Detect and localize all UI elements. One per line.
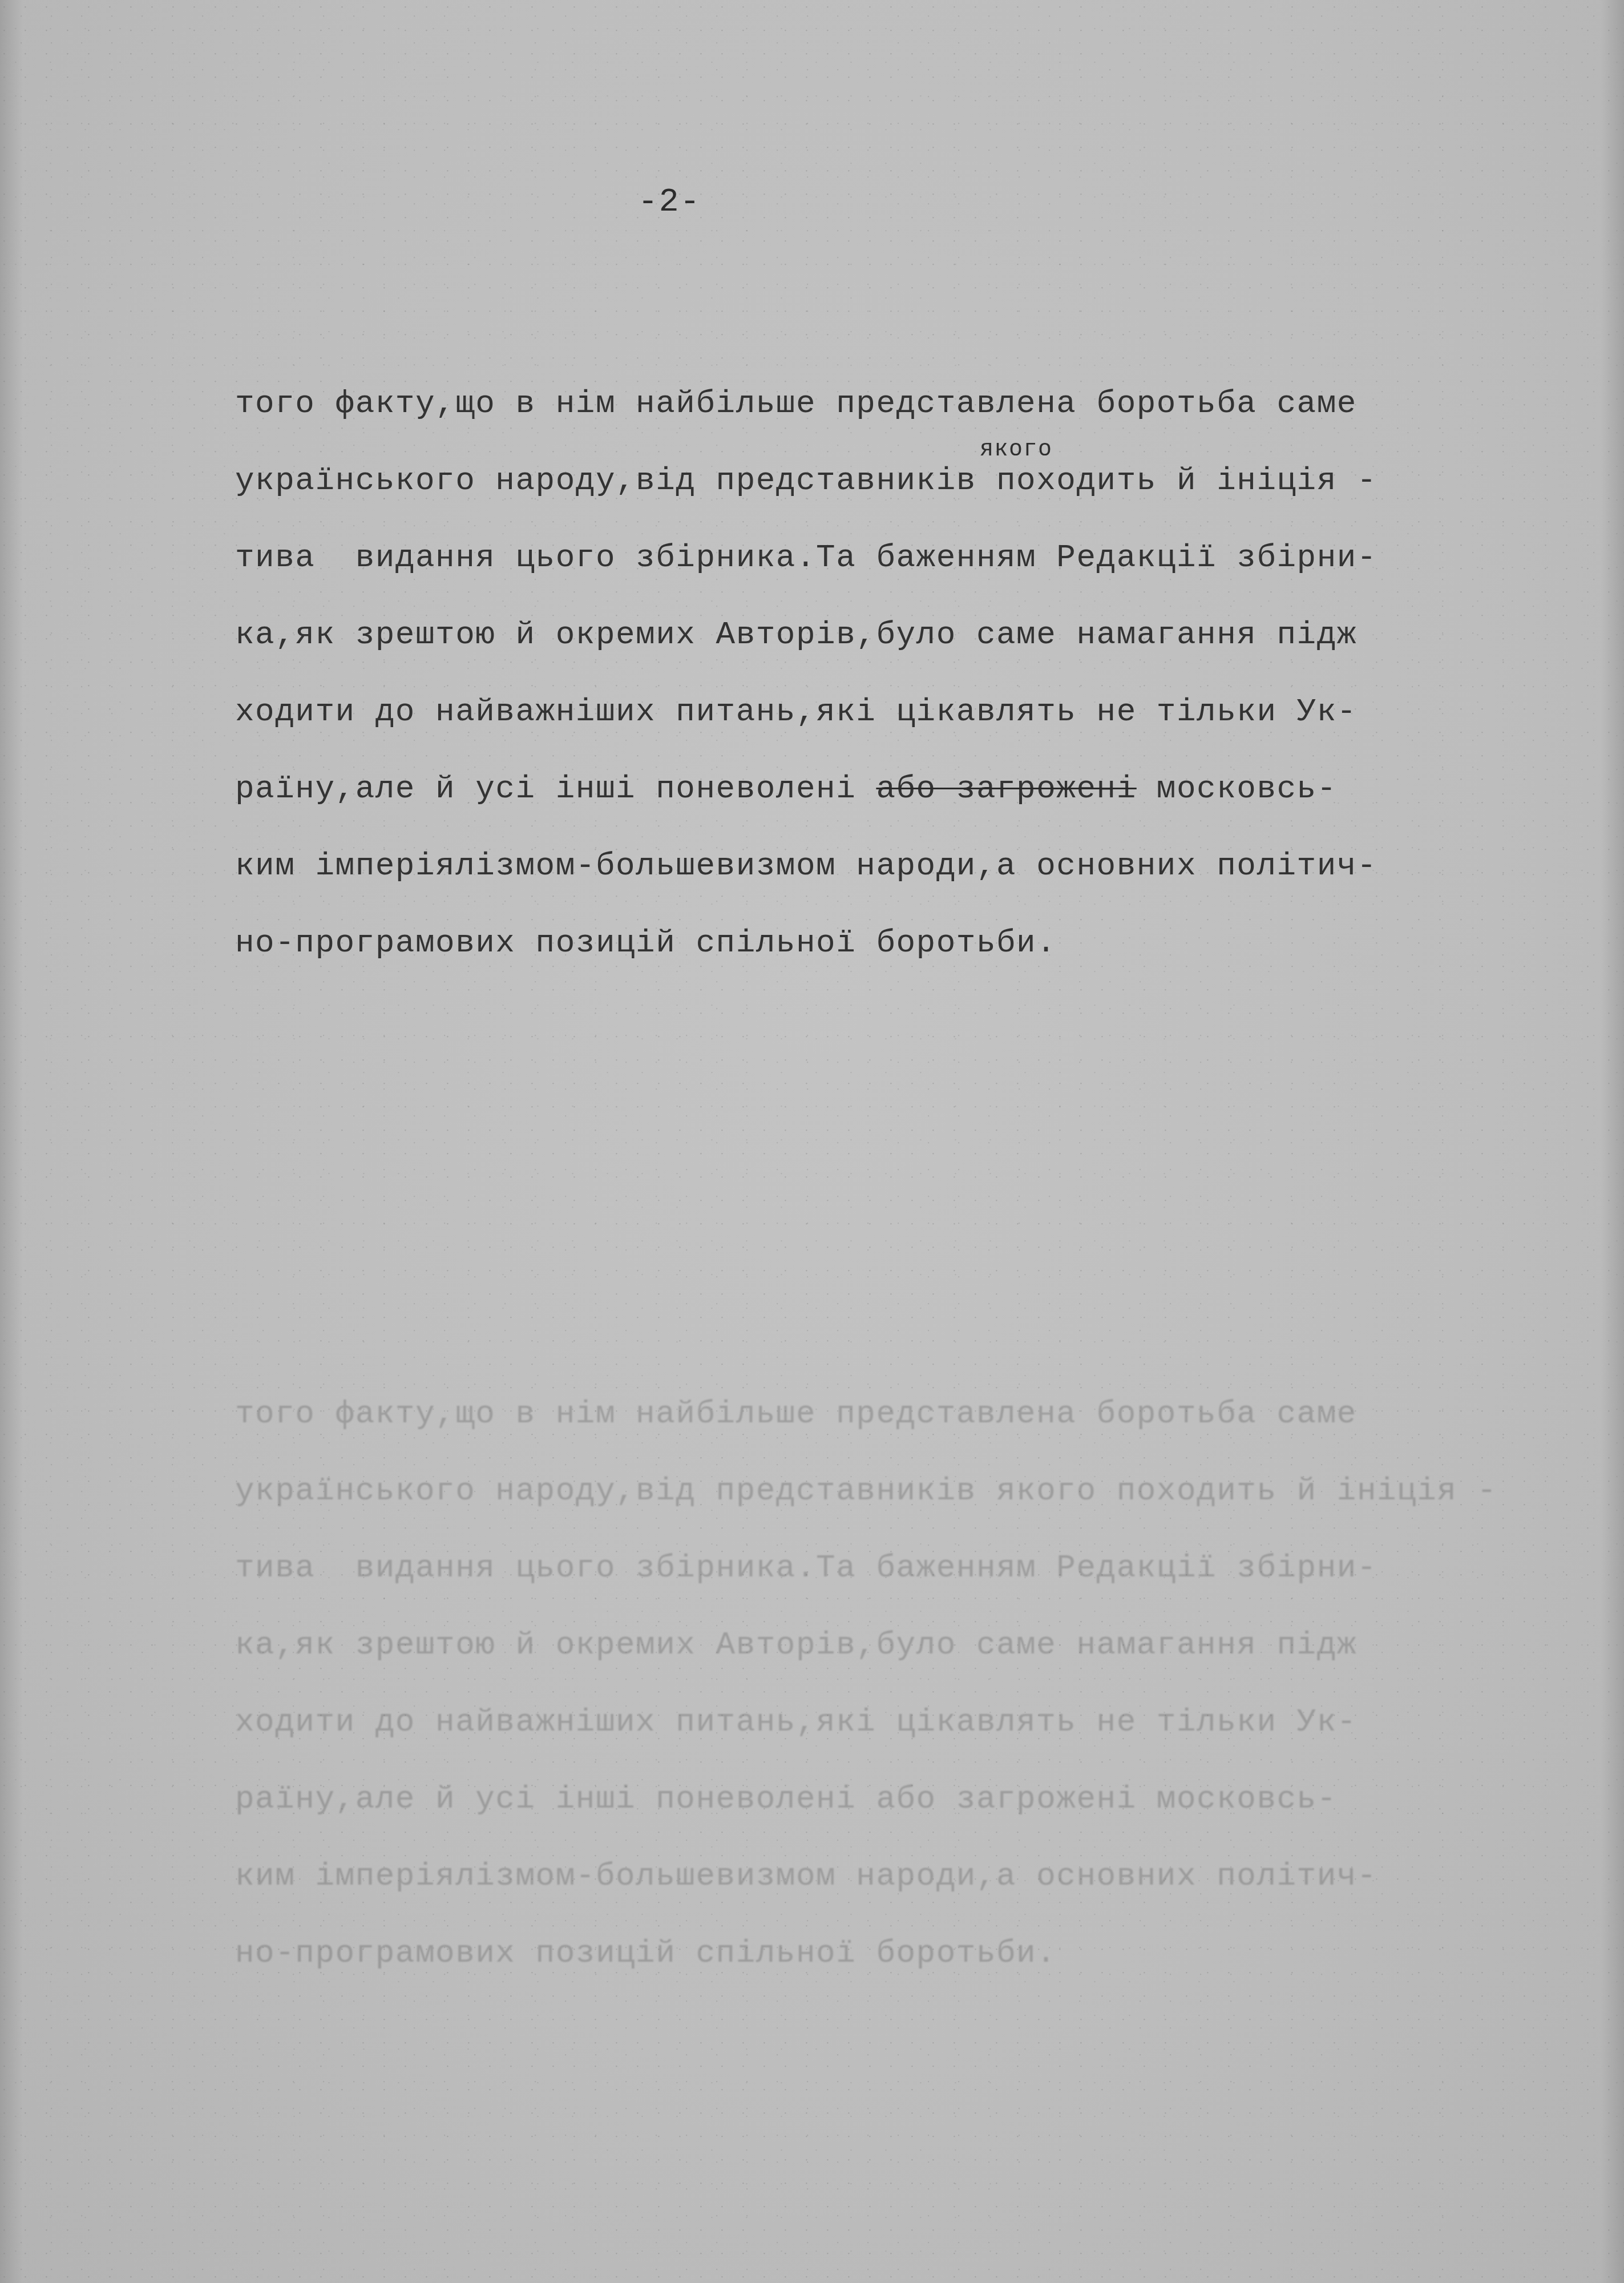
paragraph-line-5: ходити до найважніших питань,які цікавля…	[235, 673, 1422, 751]
paragraph-line-1: того факту,що в нім найбільше представле…	[235, 365, 1422, 442]
interlinear-insertion: якого	[980, 439, 1053, 462]
ghost-line-5: ходити до найважніших питань,які цікавля…	[235, 1684, 1422, 1761]
ghost-line-2: українського народу,від представників як…	[235, 1453, 1422, 1530]
ghost-line-4: ка,як зрештою й окремих Авторів,було сам…	[235, 1607, 1422, 1684]
line-2-start: українського народу,від представників	[235, 462, 976, 499]
typewritten-paragraph: того факту,що в нім найбільше представле…	[235, 365, 1422, 982]
ghost-line-1: того факту,що в нім найбільше представле…	[235, 1376, 1422, 1453]
ghost-line-8: но-програмових позицій спільної боротьби…	[235, 1915, 1422, 1992]
paragraph-line-2: українського народу,від представниківяко…	[235, 442, 1422, 519]
paragraph-line-3: тива видання цього збірника.Та баженням …	[235, 519, 1422, 596]
paragraph-line-4: ка,як зрештою й окремих Авторів,було сам…	[235, 596, 1422, 673]
ghost-line-3: тива видання цього збірника.Та баженням …	[235, 1530, 1422, 1607]
document-page: -2- того факту,що в нім найбільше предст…	[0, 0, 1624, 2283]
paragraph-line-8: но-програмових позицій спільної боротьби…	[235, 905, 1422, 982]
line-2-rest: походить й ініція -	[996, 462, 1377, 499]
line-2-end	[976, 462, 996, 499]
paragraph-line-6: раїну,але й усі інші поневолені або загр…	[235, 751, 1422, 828]
line-6-end: московсь-	[1137, 771, 1337, 807]
paragraph-line-7: ким імперіялізмом-большевизмом народи,а …	[235, 828, 1422, 905]
faint-offset-impression: того факту,що в нім найбільше представле…	[235, 1376, 1422, 1992]
margin-bleed-through	[11, 308, 228, 1278]
ghost-line-7: ким імперіялізмом-большевизмом народи,а …	[235, 1838, 1422, 1915]
page-edge-shadow-right	[1601, 0, 1624, 2283]
page-number: -2-	[638, 184, 701, 221]
struck-through-text: або загрожені	[876, 771, 1136, 807]
ghost-line-6: раїну,але й усі інші поневолені або загр…	[235, 1761, 1422, 1838]
line-6-start: раїну,але й усі інші поневолені	[235, 771, 876, 807]
